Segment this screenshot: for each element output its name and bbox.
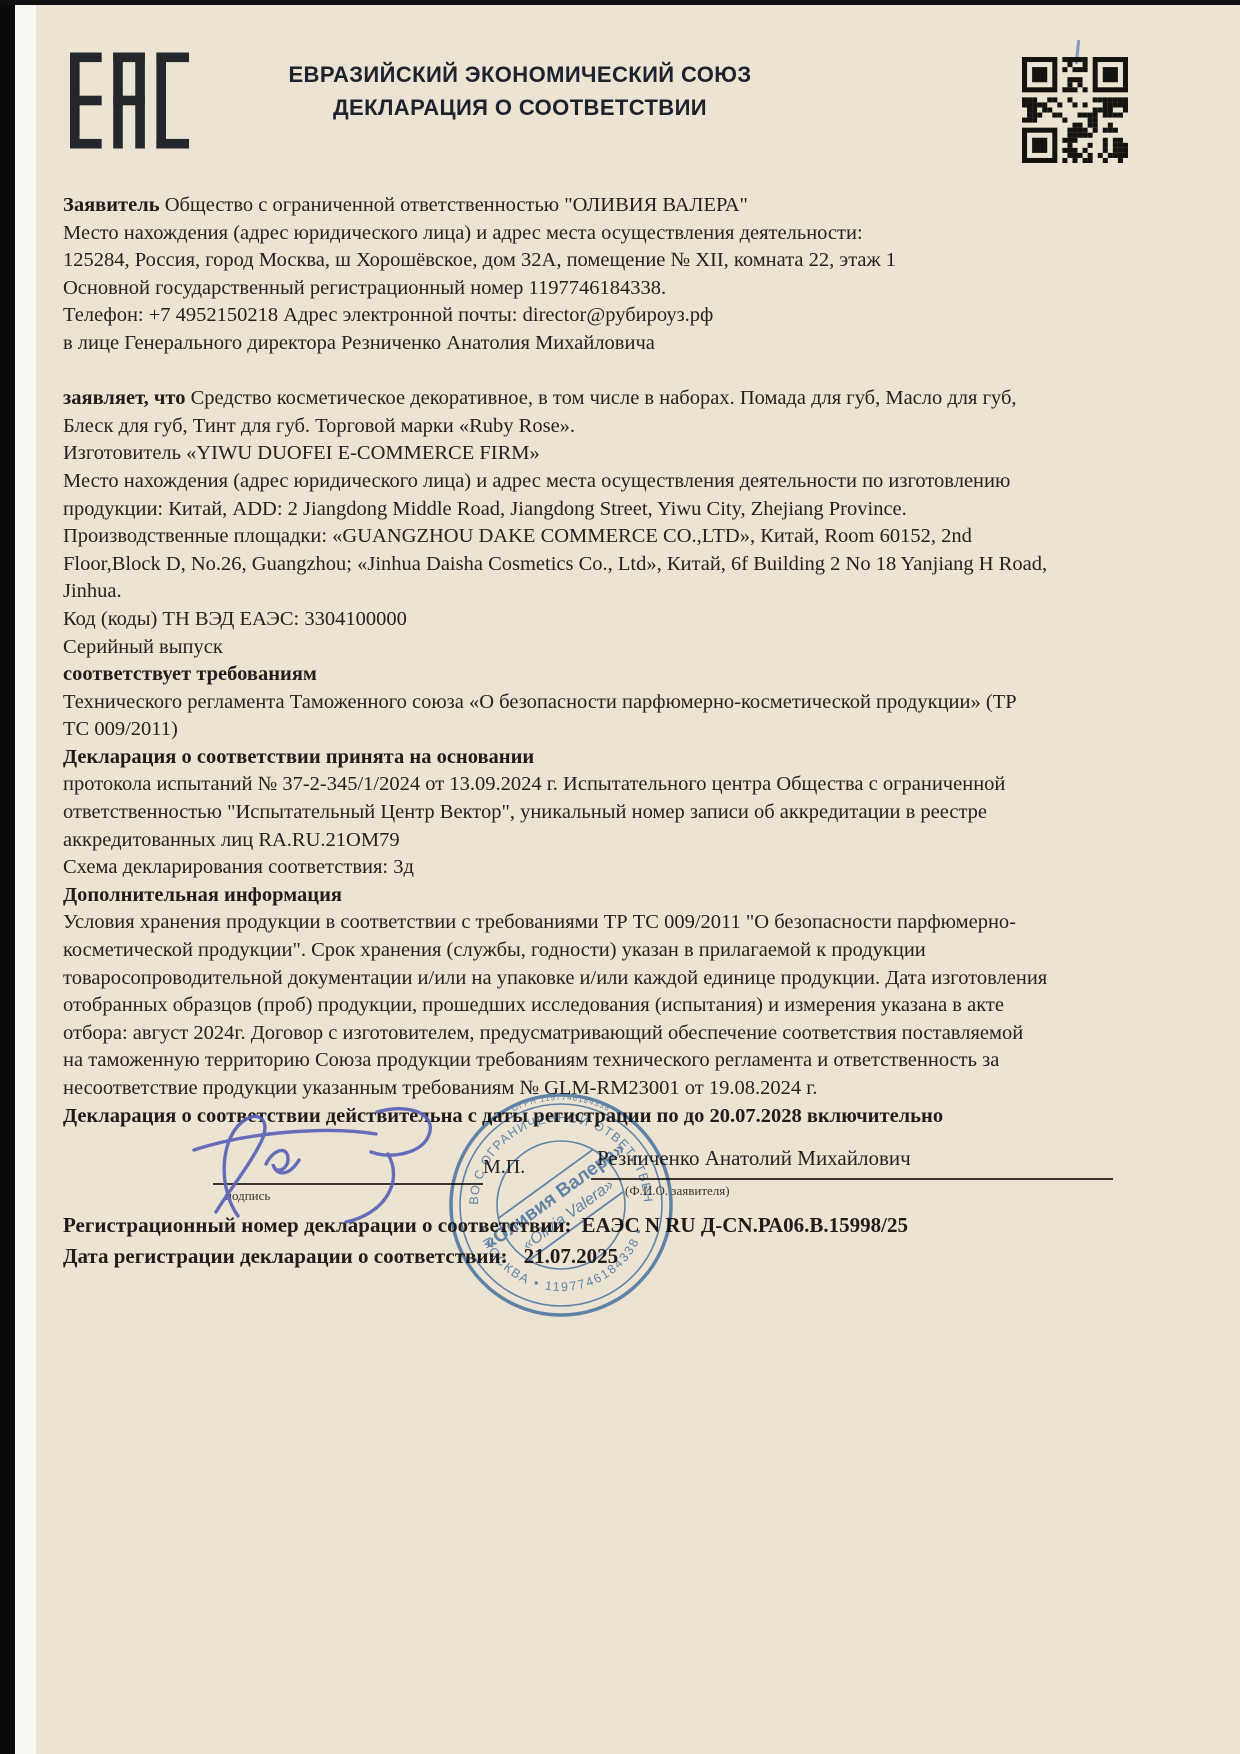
product-paragraph: заявляет, что Средство косметическое дек… xyxy=(63,385,1151,661)
additional-text: Условия хранения продукции в соответстви… xyxy=(63,909,1151,1102)
signature-caption: подпись xyxy=(225,1188,270,1204)
qr-code xyxy=(1022,57,1128,163)
scan-edge-top xyxy=(0,0,1240,5)
registration-date-row: Дата регистрации декларации о соответств… xyxy=(63,1241,908,1272)
title-line-union: ЕВРАЗИЙСКИЙ ЭКОНОМИЧЕСКИЙ СОЮЗ xyxy=(240,58,800,91)
scan-paper-edge xyxy=(15,0,36,1754)
document-title: ЕВРАЗИЙСКИЙ ЭКОНОМИЧЕСКИЙ СОЮЗ ДЕКЛАРАЦИ… xyxy=(240,58,800,124)
product-details: Средство косметическое декоративное, в т… xyxy=(63,387,1047,657)
signature-line xyxy=(213,1183,483,1185)
scan-edge-left xyxy=(0,0,15,1754)
declares-label: заявляет, что xyxy=(63,387,185,409)
applicant-label: Заявитель xyxy=(63,194,160,216)
basis-heading: Декларация о соответствии принята на осн… xyxy=(63,744,1151,772)
eac-logo-icon xyxy=(70,52,190,149)
stamp-place-mark: М.П. xyxy=(483,1156,525,1179)
complies-text: Технического регламента Таможенного союз… xyxy=(63,689,1151,744)
registration-number-row: Регистрационный номер декларации о соотв… xyxy=(63,1210,908,1241)
registration-block: Регистрационный номер декларации о соотв… xyxy=(63,1210,908,1272)
additional-heading: Дополнительная информация xyxy=(63,882,1151,910)
registration-number-value: ЕАЭС N RU Д-CN.РА06.В.15998/25 xyxy=(582,1213,908,1237)
basis-text: протокола испытаний № 37-2-345/1/2024 от… xyxy=(63,771,1151,881)
title-line-declaration: ДЕКЛАРАЦИЯ О СООТВЕТСТВИИ xyxy=(240,91,800,124)
signature-block: подпись М.П. Резниченко Анатолий Михайло… xyxy=(63,1140,1153,1215)
applicant-details: Общество с ограниченной ответственностью… xyxy=(63,194,896,354)
fio-caption: (Ф.И.О. заявителя) xyxy=(625,1183,730,1199)
complies-heading: соответствует требованиям xyxy=(63,661,1151,689)
fio-line xyxy=(591,1178,1113,1180)
registration-date-value: 21.07.2025 xyxy=(524,1244,619,1268)
registration-number-label: Регистрационный номер декларации о соотв… xyxy=(63,1213,572,1237)
applicant-paragraph: Заявитель Общество с ограниченной ответс… xyxy=(63,192,1151,358)
declaration-text: Заявитель Общество с ограниченной ответс… xyxy=(63,192,1151,1130)
scanned-declaration-page: ЕВРАЗИЙСКИЙ ЭКОНОМИЧЕСКИЙ СОЮЗ ДЕКЛАРАЦИ… xyxy=(0,0,1240,1754)
registration-date-label: Дата регистрации декларации о соответств… xyxy=(63,1244,508,1268)
applicant-fio: Резниченко Анатолий Михайлович xyxy=(597,1146,911,1171)
validity-line: Декларация о соответствии действительна … xyxy=(63,1103,1151,1131)
